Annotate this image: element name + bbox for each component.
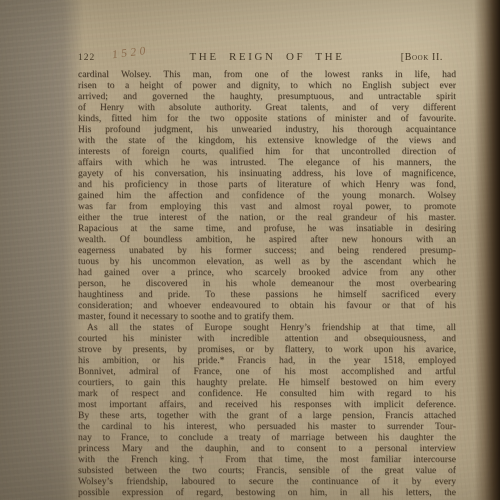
text-line: eagerness unabated by his former success…	[78, 246, 456, 257]
paragraph: As all the states of Europe sought Henry…	[78, 323, 456, 499]
paragraph: cardinal Wolsey. This man, from one of t…	[78, 70, 456, 323]
book-page-scan: 122 1520 THE REIGN OF THE [Book II. card…	[0, 0, 500, 500]
text-line: cardinal Wolsey. This man, from one of t…	[78, 70, 456, 81]
text-line: subsisted between the two courts; Franci…	[78, 466, 456, 477]
book-label: [Book II.	[401, 52, 443, 63]
page-body: cardinal Wolsey. This man, from one of t…	[78, 70, 456, 499]
page-number: 122	[78, 53, 95, 63]
book-edge-shadow	[474, 0, 500, 500]
text-line: was far from employing this vast and alm…	[78, 202, 456, 213]
text-line: arrived; and governed the haughty, presu…	[78, 92, 456, 103]
page-gutter-shadow	[0, 0, 84, 500]
text-line: master, found it necessary to soothe and…	[78, 312, 456, 323]
page-header: 122 1520 THE REIGN OF THE [Book II.	[78, 51, 456, 65]
text-line: had gained over a prince, who scarcely b…	[78, 268, 456, 279]
text-line: As all the states of Europe sought Henry…	[78, 323, 456, 334]
text-line: princess Mary and the dauphin, and to co…	[78, 444, 456, 455]
text-line: By these arts, together with the grant o…	[78, 411, 456, 422]
text-line: Rapacious at the same time, and profuse,…	[78, 224, 456, 235]
text-line: most important affairs, and received his…	[78, 400, 456, 411]
text-line: his ambition, or his pride.* Francis had…	[78, 356, 456, 367]
text-line: haughtiness and pride. To these passions…	[78, 290, 456, 301]
text-line: courted his minister with incredible att…	[78, 334, 456, 345]
text-line: of Henry with absolute authority. Great …	[78, 103, 456, 114]
text-line: with the French king.† From that time, t…	[78, 455, 456, 466]
text-line: consideration; and whoever endeavoured t…	[78, 301, 456, 312]
text-line: tuous by his uncommon elevation, as well…	[78, 257, 456, 268]
text-line: affairs with which he was intrusted. The…	[78, 158, 456, 169]
text-line: His profound judgment, his unwearied ind…	[78, 125, 456, 136]
text-line: person, he discovered in his whole demea…	[78, 279, 456, 290]
text-line: the cardinal to his interest, who persua…	[78, 422, 456, 433]
text-line: strove by presents, by promises, or by f…	[78, 345, 456, 356]
text-line: gained him the affection and confidence …	[78, 191, 456, 202]
text-line: risen to a height of power and dignity, …	[78, 81, 456, 92]
text-line: mark of respect and confidence. He consu…	[78, 389, 456, 400]
text-line: courtiers, to gain this haughty prelate.…	[78, 378, 456, 389]
text-line: nay to France, to conclude a treaty of m…	[78, 433, 456, 444]
text-line: with the state of the kingdom, his exten…	[78, 136, 456, 147]
text-line: interests of foreign courts, qualified h…	[78, 147, 456, 158]
text-line: Bonnivet, admiral of France, one of his …	[78, 367, 456, 378]
text-line: kinds, fitted him for the two opposite s…	[78, 114, 456, 125]
text-line: either the true interest of the nation, …	[78, 213, 456, 224]
text-line: wealth. Of boundless ambition, he aspire…	[78, 235, 456, 246]
text-line: gayety of his conversation, his insinuat…	[78, 169, 456, 180]
text-line: possible expression of regard, bestowing…	[78, 488, 456, 499]
text-line: and his proficiency in those parts of li…	[78, 180, 456, 191]
text-line: Wolsey’s friendship, laboured to secure …	[78, 477, 456, 488]
